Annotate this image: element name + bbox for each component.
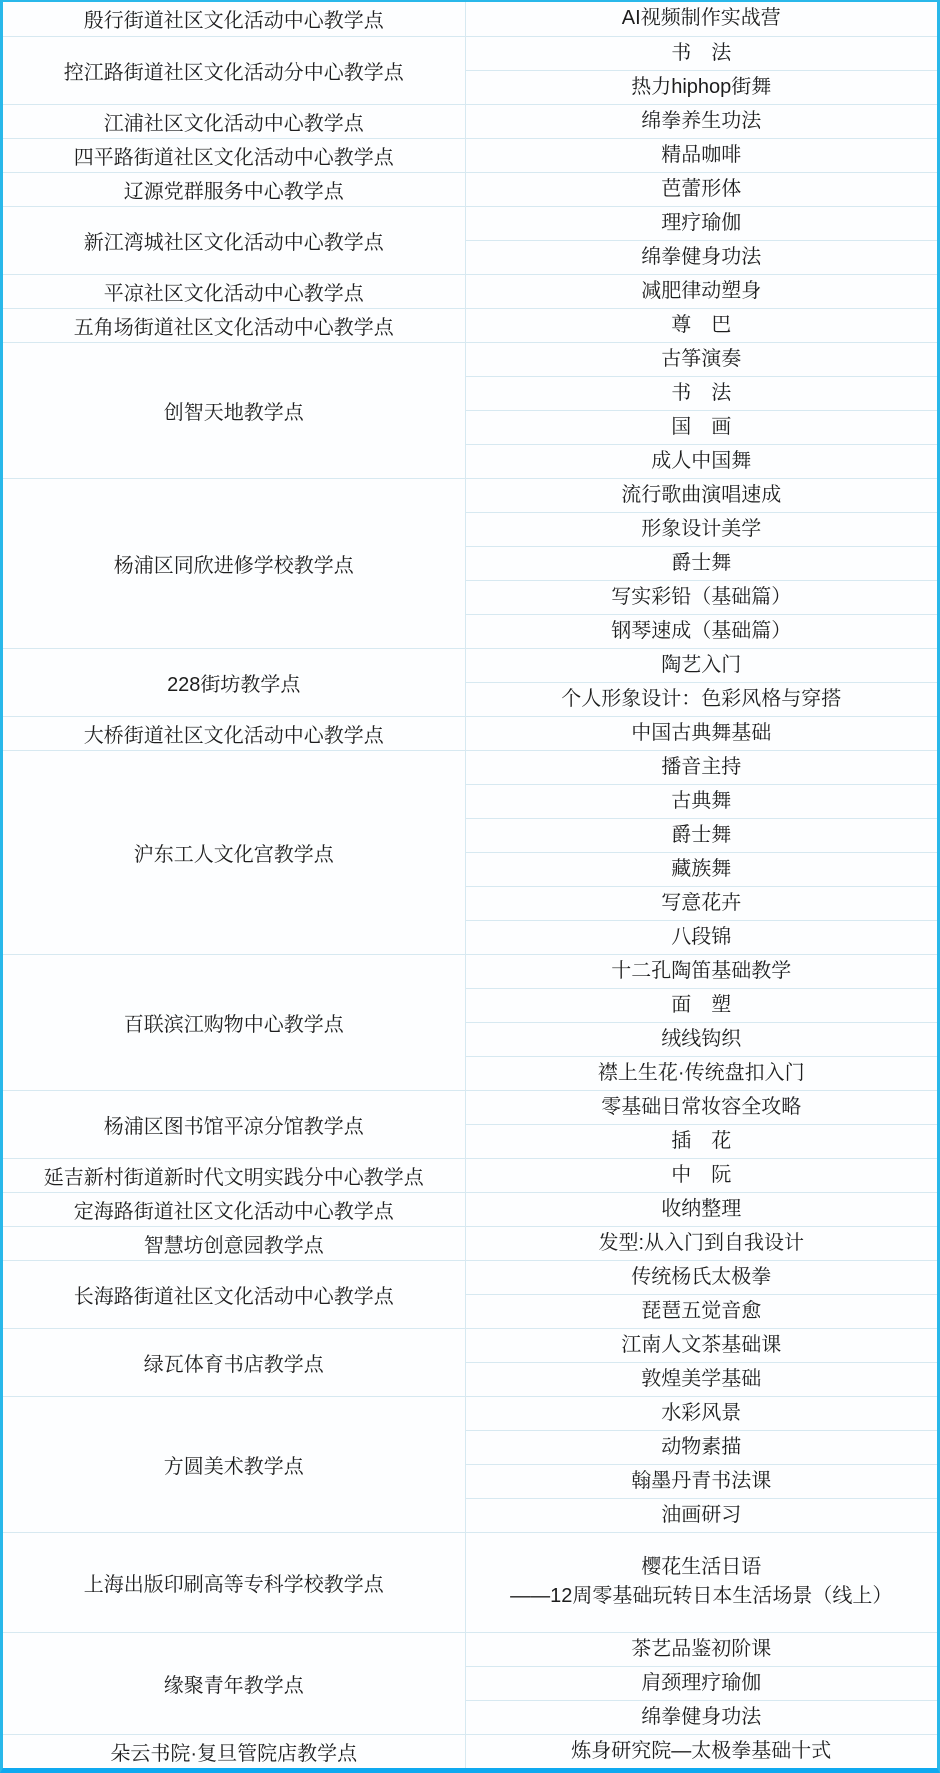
course-cell: 书 法	[465, 36, 937, 70]
course-cell: 炼身研究院—太极拳基础十式	[465, 1734, 937, 1768]
site-cell: 平凉社区文化活动中心教学点	[3, 274, 465, 308]
course-cell: 零基础日常妆容全攻略	[465, 1090, 937, 1124]
table-row: 228街坊教学点陶艺入门	[3, 648, 937, 682]
table-row: 绿瓦体育书店教学点江南人文茶基础课	[3, 1328, 937, 1362]
course-cell: 绵拳健身功法	[465, 240, 937, 274]
table-row: 长海路街道社区文化活动中心教学点传统杨氏太极拳	[3, 1260, 937, 1294]
table-row: 百联滨江购物中心教学点十二孔陶笛基础教学	[3, 954, 937, 988]
course-cell: 播音主持	[465, 750, 937, 784]
site-cell: 智慧坊创意园教学点	[3, 1226, 465, 1260]
site-cell: 上海出版印刷高等专科学校教学点	[3, 1532, 465, 1632]
course-cell: 理疗瑜伽	[465, 206, 937, 240]
course-cell: 国 画	[465, 410, 937, 444]
site-cell: 绿瓦体育书店教学点	[3, 1328, 465, 1396]
course-cell: 中国古典舞基础	[465, 716, 937, 750]
site-cell: 延吉新村街道新时代文明实践分中心教学点	[3, 1158, 465, 1192]
course-cell: 绒线钩织	[465, 1022, 937, 1056]
table-row: 新江湾城社区文化活动中心教学点理疗瑜伽	[3, 206, 937, 240]
table-row: 沪东工人文化宫教学点播音主持	[3, 750, 937, 784]
site-cell: 五角场街道社区文化活动中心教学点	[3, 308, 465, 342]
table-row: 大桥街道社区文化活动中心教学点中国古典舞基础	[3, 716, 937, 750]
course-cell: 热力hiphop街舞	[465, 70, 937, 104]
site-cell: 缘聚青年教学点	[3, 1632, 465, 1734]
table-row: 平凉社区文化活动中心教学点减肥律动塑身	[3, 274, 937, 308]
course-cell: 敦煌美学基础	[465, 1362, 937, 1396]
course-cell: 樱花生活日语 ——12周零基础玩转日本生活场景（线上）	[465, 1532, 937, 1632]
course-cell: 发型:从入门到自我设计	[465, 1226, 937, 1260]
course-cell: 油画研习	[465, 1498, 937, 1532]
table-row: 江浦社区文化活动中心教学点绵拳养生功法	[3, 104, 937, 138]
course-cell: 精品咖啡	[465, 138, 937, 172]
course-cell: 钢琴速成（基础篇）	[465, 614, 937, 648]
site-cell: 四平路街道社区文化活动中心教学点	[3, 138, 465, 172]
course-cell: 翰墨丹青书法课	[465, 1464, 937, 1498]
course-cell: 陶艺入门	[465, 648, 937, 682]
table-row: 智慧坊创意园教学点发型:从入门到自我设计	[3, 1226, 937, 1260]
course-table-body: 殷行街道社区文化活动中心教学点AI视频制作实战营控江路街道社区文化活动分中心教学…	[3, 2, 937, 1768]
course-cell: 写实彩铅（基础篇）	[465, 580, 937, 614]
course-cell: 插 花	[465, 1124, 937, 1158]
course-cell: 收纳整理	[465, 1192, 937, 1226]
site-cell: 百联滨江购物中心教学点	[3, 954, 465, 1090]
site-cell: 定海路街道社区文化活动中心教学点	[3, 1192, 465, 1226]
table-row: 方圆美术教学点水彩风景	[3, 1396, 937, 1430]
course-cell: 减肥律动塑身	[465, 274, 937, 308]
site-cell: 辽源党群服务中心教学点	[3, 172, 465, 206]
site-cell: 大桥街道社区文化活动中心教学点	[3, 716, 465, 750]
site-cell: 朵云书院·复旦管院店教学点	[3, 1734, 465, 1768]
course-cell: 古典舞	[465, 784, 937, 818]
course-cell: 襟上生花·传统盘扣入门	[465, 1056, 937, 1090]
table-row: 杨浦区图书馆平凉分馆教学点零基础日常妆容全攻略	[3, 1090, 937, 1124]
course-cell: 面 塑	[465, 988, 937, 1022]
course-cell: 尊 巴	[465, 308, 937, 342]
site-cell: 228街坊教学点	[3, 648, 465, 716]
course-cell: 成人中国舞	[465, 444, 937, 478]
course-cell: 写意花卉	[465, 886, 937, 920]
course-cell: 爵士舞	[465, 818, 937, 852]
site-cell: 创智天地教学点	[3, 342, 465, 478]
site-cell: 江浦社区文化活动中心教学点	[3, 104, 465, 138]
course-cell: 水彩风景	[465, 1396, 937, 1430]
course-table: 殷行街道社区文化活动中心教学点AI视频制作实战营控江路街道社区文化活动分中心教学…	[3, 2, 937, 1768]
course-cell: 爵士舞	[465, 546, 937, 580]
course-cell: 八段锦	[465, 920, 937, 954]
course-cell: 形象设计美学	[465, 512, 937, 546]
site-cell: 沪东工人文化宫教学点	[3, 750, 465, 954]
course-cell: 琵琶五觉音愈	[465, 1294, 937, 1328]
table-row: 四平路街道社区文化活动中心教学点精品咖啡	[3, 138, 937, 172]
course-cell: 中 阮	[465, 1158, 937, 1192]
course-cell: 肩颈理疗瑜伽	[465, 1666, 937, 1700]
course-cell: AI视频制作实战营	[465, 2, 937, 36]
site-cell: 新江湾城社区文化活动中心教学点	[3, 206, 465, 274]
course-cell: 芭蕾形体	[465, 172, 937, 206]
course-cell: 个人形象设计：色彩风格与穿搭	[465, 682, 937, 716]
table-row: 上海出版印刷高等专科学校教学点樱花生活日语 ——12周零基础玩转日本生活场景（线…	[3, 1532, 937, 1632]
course-cell: 动物素描	[465, 1430, 937, 1464]
course-cell: 藏族舞	[465, 852, 937, 886]
site-cell: 长海路街道社区文化活动中心教学点	[3, 1260, 465, 1328]
table-row: 控江路街道社区文化活动分中心教学点书 法	[3, 36, 937, 70]
table-row: 延吉新村街道新时代文明实践分中心教学点中 阮	[3, 1158, 937, 1192]
site-cell: 控江路街道社区文化活动分中心教学点	[3, 36, 465, 104]
course-schedule-table: 殷行街道社区文化活动中心教学点AI视频制作实战营控江路街道社区文化活动分中心教学…	[0, 0, 940, 1773]
course-cell: 传统杨氏太极拳	[465, 1260, 937, 1294]
course-cell: 绵拳健身功法	[465, 1700, 937, 1734]
table-row: 殷行街道社区文化活动中心教学点AI视频制作实战营	[3, 2, 937, 36]
table-row: 杨浦区同欣进修学校教学点流行歌曲演唱速成	[3, 478, 937, 512]
table-row: 辽源党群服务中心教学点芭蕾形体	[3, 172, 937, 206]
course-cell: 书 法	[465, 376, 937, 410]
course-cell: 江南人文茶基础课	[465, 1328, 937, 1362]
table-row: 创智天地教学点古筝演奏	[3, 342, 937, 376]
table-row: 缘聚青年教学点茶艺品鉴初阶课	[3, 1632, 937, 1666]
table-row: 五角场街道社区文化活动中心教学点尊 巴	[3, 308, 937, 342]
course-cell: 流行歌曲演唱速成	[465, 478, 937, 512]
site-cell: 杨浦区图书馆平凉分馆教学点	[3, 1090, 465, 1158]
course-cell: 十二孔陶笛基础教学	[465, 954, 937, 988]
site-cell: 杨浦区同欣进修学校教学点	[3, 478, 465, 648]
site-cell: 方圆美术教学点	[3, 1396, 465, 1532]
course-cell: 古筝演奏	[465, 342, 937, 376]
table-row: 朵云书院·复旦管院店教学点炼身研究院—太极拳基础十式	[3, 1734, 937, 1768]
table-row: 定海路街道社区文化活动中心教学点收纳整理	[3, 1192, 937, 1226]
site-cell: 殷行街道社区文化活动中心教学点	[3, 2, 465, 36]
course-cell: 绵拳养生功法	[465, 104, 937, 138]
course-cell: 茶艺品鉴初阶课	[465, 1632, 937, 1666]
